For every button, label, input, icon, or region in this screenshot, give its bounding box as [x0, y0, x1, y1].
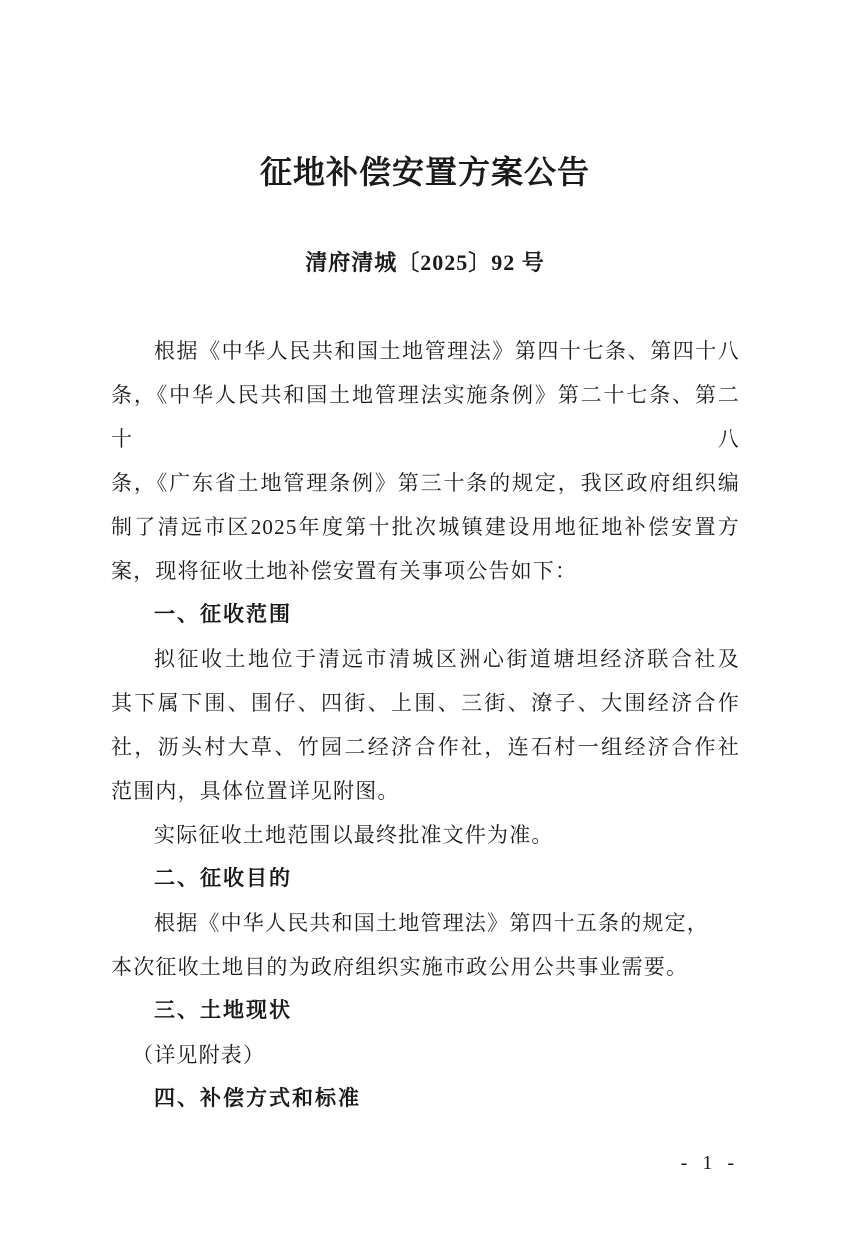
page-number: - 1 -	[681, 1152, 739, 1175]
section-heading: 三、土地现状	[111, 989, 740, 1033]
body-line: 本次征收土地目的为政府组织实施市政公用公共事业需要。	[111, 945, 740, 989]
section-heading: 一、征收范围	[111, 593, 740, 637]
body-line: 案，现将征收土地补偿安置有关事项公告如下：	[111, 549, 740, 593]
document-page: 征地补偿安置方案公告 清府清城〔2025〕92 号 根据《中华人民共和国土地管理…	[0, 0, 850, 1241]
section-heading: 二、征收目的	[111, 857, 740, 901]
body-line: 根据《中华人民共和国土地管理法》第四十五条的规定，	[111, 901, 740, 945]
body-line: 根据《中华人民共和国土地管理法》第四十七条、第四十八	[111, 329, 740, 373]
body-line: 条，《广东省土地管理条例》第三十条的规定，我区政府组织编	[111, 461, 740, 505]
section-heading: 四、补偿方式和标准	[111, 1077, 740, 1121]
body-line: 实际征收土地范围以最终批准文件为准。	[111, 813, 740, 857]
body-line: 条，《中华人民共和国土地管理法实施条例》第二十七条、第二十八	[111, 373, 740, 461]
document-body: 根据《中华人民共和国土地管理法》第四十七条、第四十八条，《中华人民共和国土地管理…	[111, 329, 740, 1121]
body-line: 社，沥头村大草、竹园二经济合作社，连石村一组经济合作社	[111, 725, 740, 769]
document-title: 征地补偿安置方案公告	[0, 0, 850, 192]
body-line: 范围内，具体位置详见附图。	[111, 769, 740, 813]
body-line: 制了清远市区2025年度第十批次城镇建设用地征地补偿安置方	[111, 505, 740, 549]
body-line: 其下属下围、围仔、四街、上围、三街、潦子、大围经济合作	[111, 681, 740, 725]
body-line: （详见附表）	[111, 1033, 740, 1077]
body-line: 拟征收土地位于清远市清城区洲心街道塘坦经济联合社及	[111, 637, 740, 681]
document-number: 清府清城〔2025〕92 号	[0, 250, 850, 276]
